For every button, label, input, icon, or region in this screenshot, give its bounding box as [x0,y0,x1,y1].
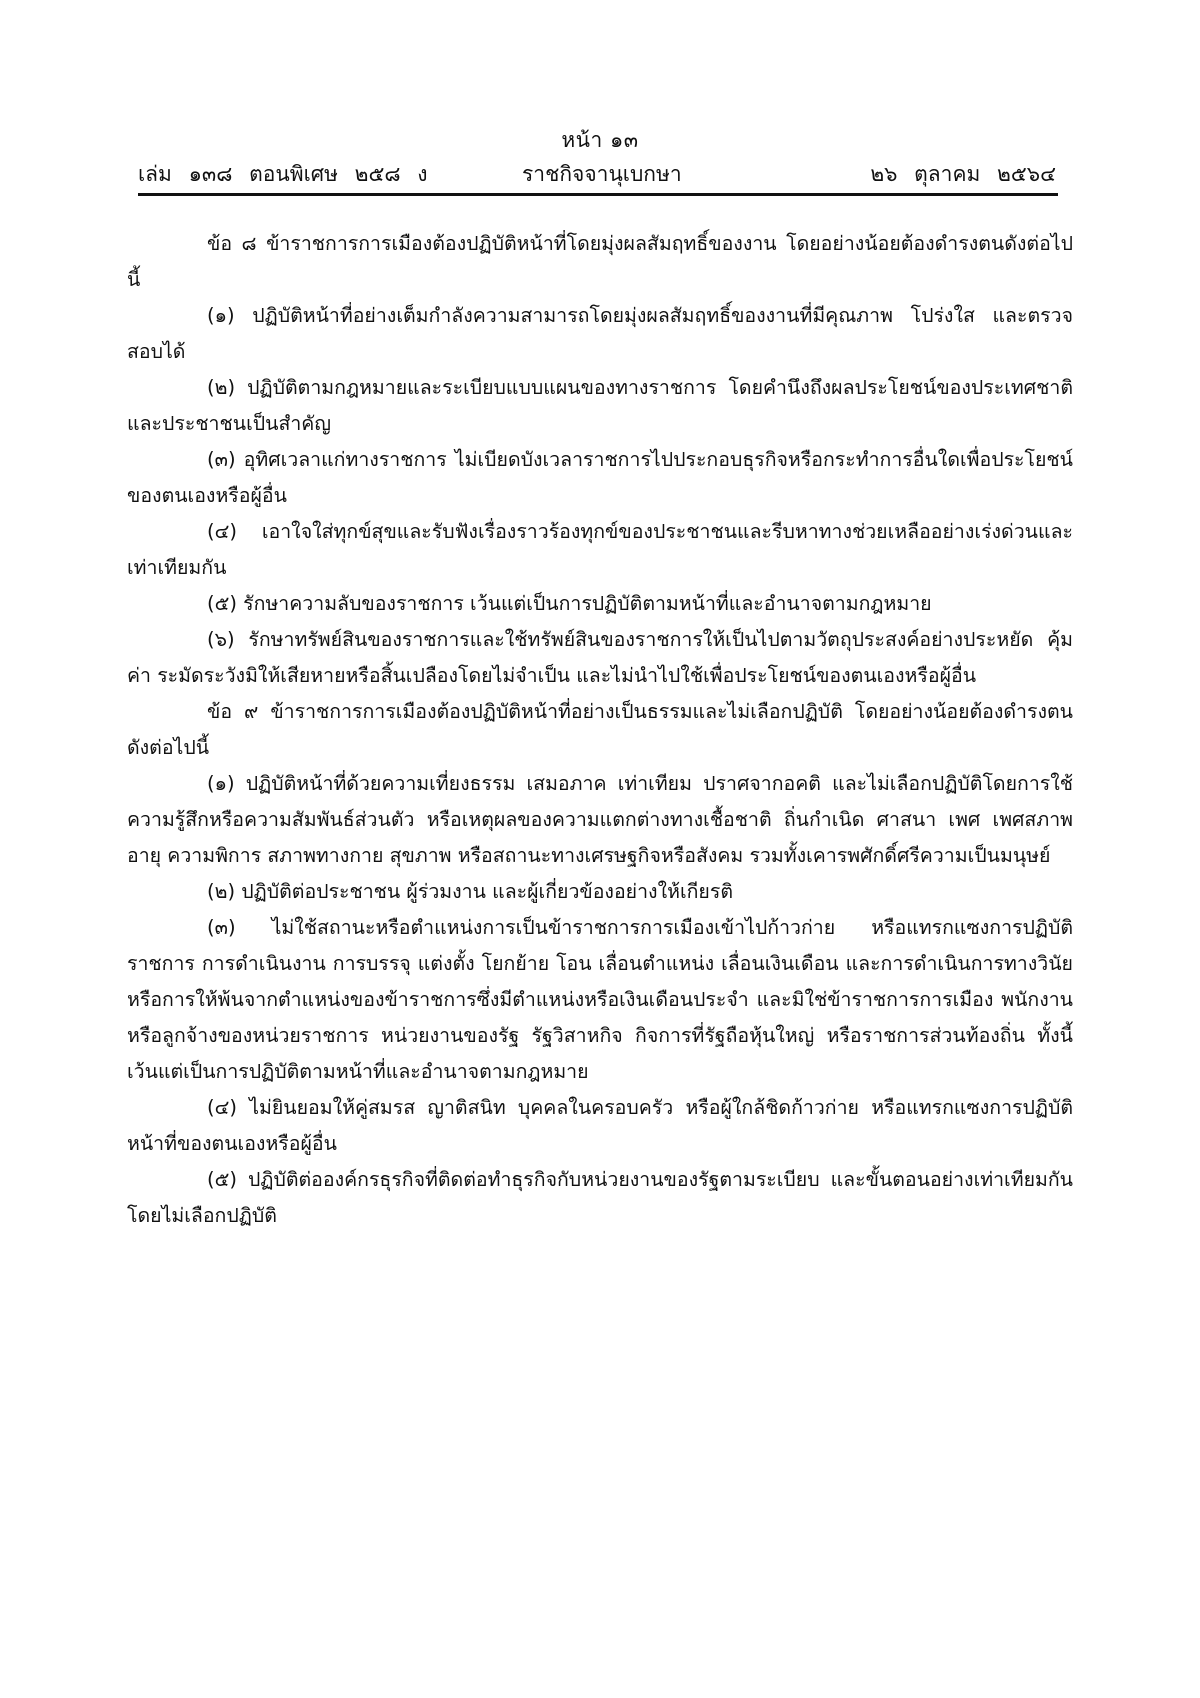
clause-8-item-3: (๓) อุทิศเวลาแก่ทางราชการ ไม่เบียดบังเวล… [127,442,1073,514]
clause-8-item-1: (๑) ปฏิบัติหน้าที่อย่างเต็มกำลังความสามา… [127,298,1073,370]
gazette-header: เล่ม ๑๓๘ ตอนพิเศษ ๒๕๘ ง ราชกิจจานุเบกษา … [138,158,1056,188]
clause-8-item-2: (๒) ปฏิบัติตามกฎหมายและระเบียบแบบแผนของท… [127,370,1073,442]
clause-9-item-1: (๑) ปฏิบัติหน้าที่ด้วยความเที่ยงธรรม เสม… [127,766,1073,874]
publication-title: ราชกิจจานุเบกษา [522,158,682,191]
publication-date: ๒๖ ตุลาคม ๒๕๖๔ [870,158,1056,191]
clause-9-item-2: (๒) ปฏิบัติต่อประชาชน ผู้ร่วมงาน และผู้เ… [127,874,1073,910]
clause-8-item-6: (๖) รักษาทรัพย์สินของราชการและใช้ทรัพย์ส… [127,622,1073,694]
clause-8-item-4: (๔) เอาใจใส่ทุกข์สุขและรับฟังเรื่องราวร้… [127,514,1073,586]
clause-9-item-5: (๕) ปฏิบัติต่อองค์กรธุรกิจที่ติดต่อทำธุร… [127,1162,1073,1234]
page-number: หน้า ๑๓ [0,124,1200,157]
volume-issue: เล่ม ๑๓๘ ตอนพิเศษ ๒๕๘ ง [138,158,427,191]
header-rule [138,193,1058,196]
clause-9: ข้อ ๙ ข้าราชการการเมืองต้องปฏิบัติหน้าที… [127,694,1073,766]
clause-8: ข้อ ๘ ข้าราชการการเมืองต้องปฏิบัติหน้าที… [127,226,1073,298]
clause-8-item-5: (๕) รักษาความลับของราชการ เว้นแต่เป็นการ… [127,586,1073,622]
document-body: ข้อ ๘ ข้าราชการการเมืองต้องปฏิบัติหน้าที… [127,226,1073,1234]
clause-9-item-4: (๔) ไม่ยินยอมให้คู่สมรส ญาติสนิท บุคคลใน… [127,1090,1073,1162]
clause-9-item-3: (๓) ไม่ใช้สถานะหรือตำแหน่งการเป็นข้าราชก… [127,910,1073,1090]
